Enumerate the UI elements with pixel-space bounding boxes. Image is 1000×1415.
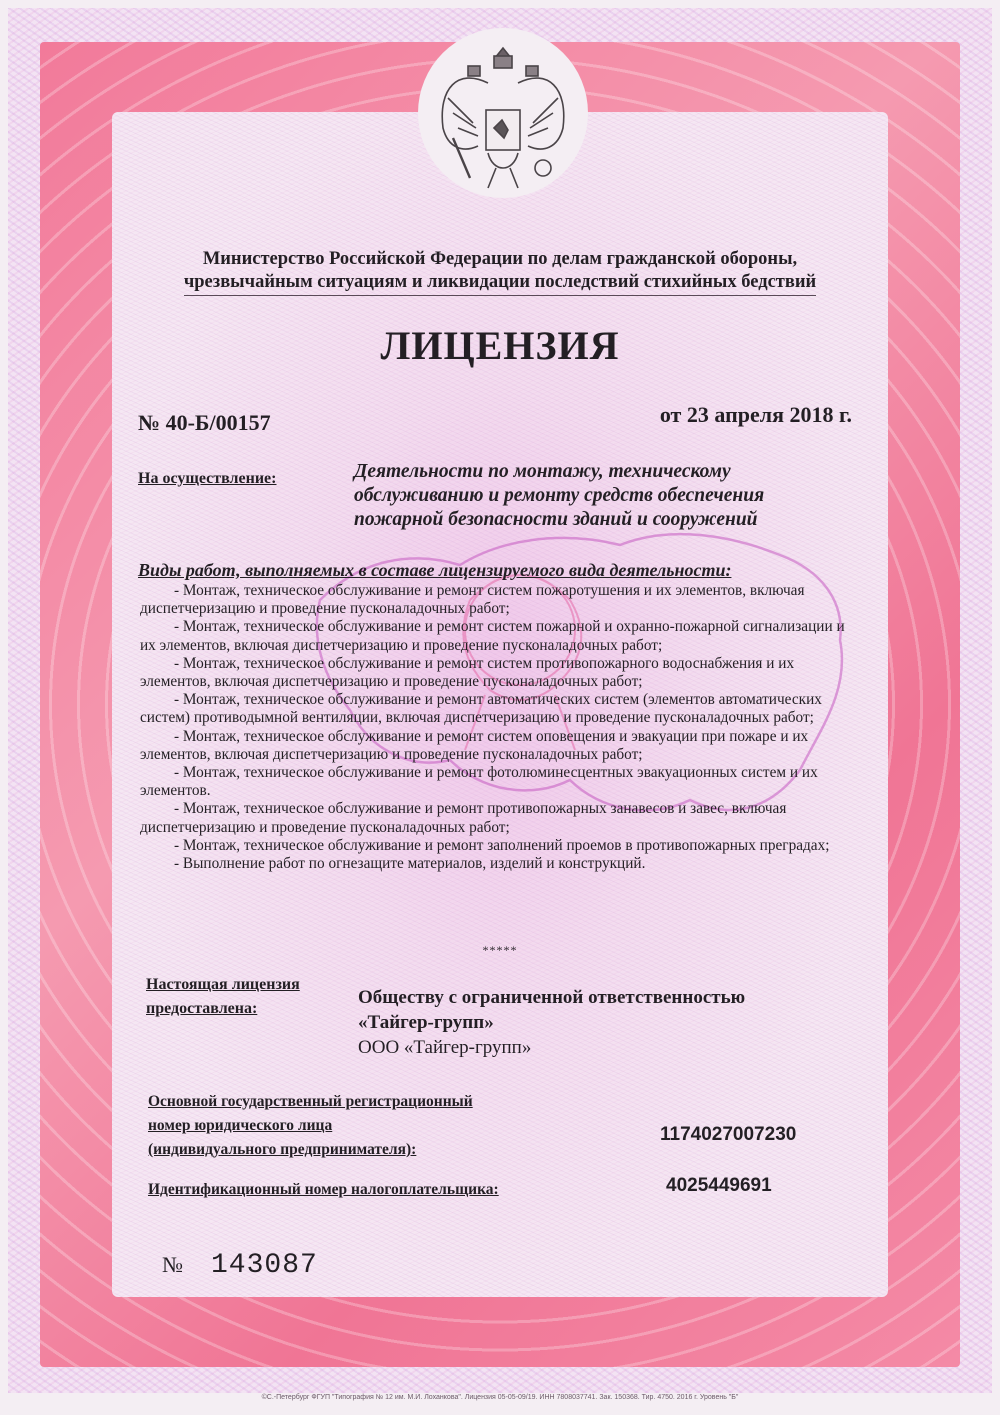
license-number: № 40-Б/00157 xyxy=(138,410,271,436)
ogrn-label-line-3: (индивидуального предпринимателя): xyxy=(148,1138,473,1162)
work-item: - Монтаж, техническое обслуживание и рем… xyxy=(140,837,855,855)
works-heading: Виды работ, выполняемых в составе лиценз… xyxy=(138,560,731,581)
purpose-text: Деятельности по монтажу, техническому об… xyxy=(354,460,854,532)
purpose-label: На осуществление: xyxy=(138,470,276,488)
grantee-full-name-1: Обществу с ограниченной ответственностью xyxy=(358,985,745,1010)
work-item: - Монтаж, техническое обслуживание и рем… xyxy=(140,655,855,691)
inn-label: Идентификационный номер налогоплательщик… xyxy=(148,1181,499,1199)
grantee-full-name-2: «Тайгер-групп» xyxy=(358,1010,745,1035)
grantee-short-name: ООО «Тайгер-групп» xyxy=(358,1035,745,1060)
work-item: - Монтаж, техническое обслуживание и рем… xyxy=(140,764,855,800)
inn-value: 4025449691 xyxy=(666,1175,772,1197)
ministry-line-1: Министерство Российской Федерации по дел… xyxy=(120,248,880,271)
grantee-label-line-2: предоставлена: xyxy=(146,997,300,1021)
ogrn-label: Основной государственный регистрационный… xyxy=(148,1090,473,1162)
section-separator: ***** xyxy=(0,943,1000,958)
printer-imprint: ©С.-Петербург ФГУП "Типография № 12 им. … xyxy=(0,1394,1000,1401)
work-item: - Выполнение работ по огнезащите материа… xyxy=(140,855,855,873)
serial-number: 143087 xyxy=(211,1250,318,1281)
work-item: - Монтаж, техническое обслуживание и рем… xyxy=(140,691,855,727)
ogrn-value: 1174027007230 xyxy=(660,1124,796,1146)
double-headed-eagle-icon xyxy=(418,28,588,198)
grantee-label-line-1: Настоящая лицензия xyxy=(146,973,300,997)
document-title: ЛИЦЕНЗИЯ xyxy=(0,322,1000,369)
ogrn-label-line-2: номер юридического лица xyxy=(148,1114,473,1138)
number-sign: № xyxy=(162,1252,183,1277)
work-item: - Монтаж, техническое обслуживание и рем… xyxy=(140,728,855,764)
coat-of-arms xyxy=(418,28,588,198)
license-date: от 23 апреля 2018 г. xyxy=(660,402,852,428)
ogrn-label-line-1: Основной государственный регистрационный xyxy=(148,1090,473,1114)
grantee-name: Обществу с ограниченной ответственностью… xyxy=(358,985,745,1060)
works-list: - Монтаж, техническое обслуживание и рем… xyxy=(140,582,855,873)
work-item: - Монтаж, техническое обслуживание и рем… xyxy=(140,618,855,654)
issuing-authority: Министерство Российской Федерации по дел… xyxy=(120,248,880,296)
grantee-label: Настоящая лицензия предоставлена: xyxy=(146,973,300,1021)
blank-serial-number: №143087 xyxy=(162,1250,318,1281)
work-item: - Монтаж, техническое обслуживание и рем… xyxy=(140,582,855,618)
ministry-line-2: чрезвычайным ситуациям и ликвидации посл… xyxy=(184,271,816,296)
work-item: - Монтаж, техническое обслуживание и рем… xyxy=(140,800,855,836)
